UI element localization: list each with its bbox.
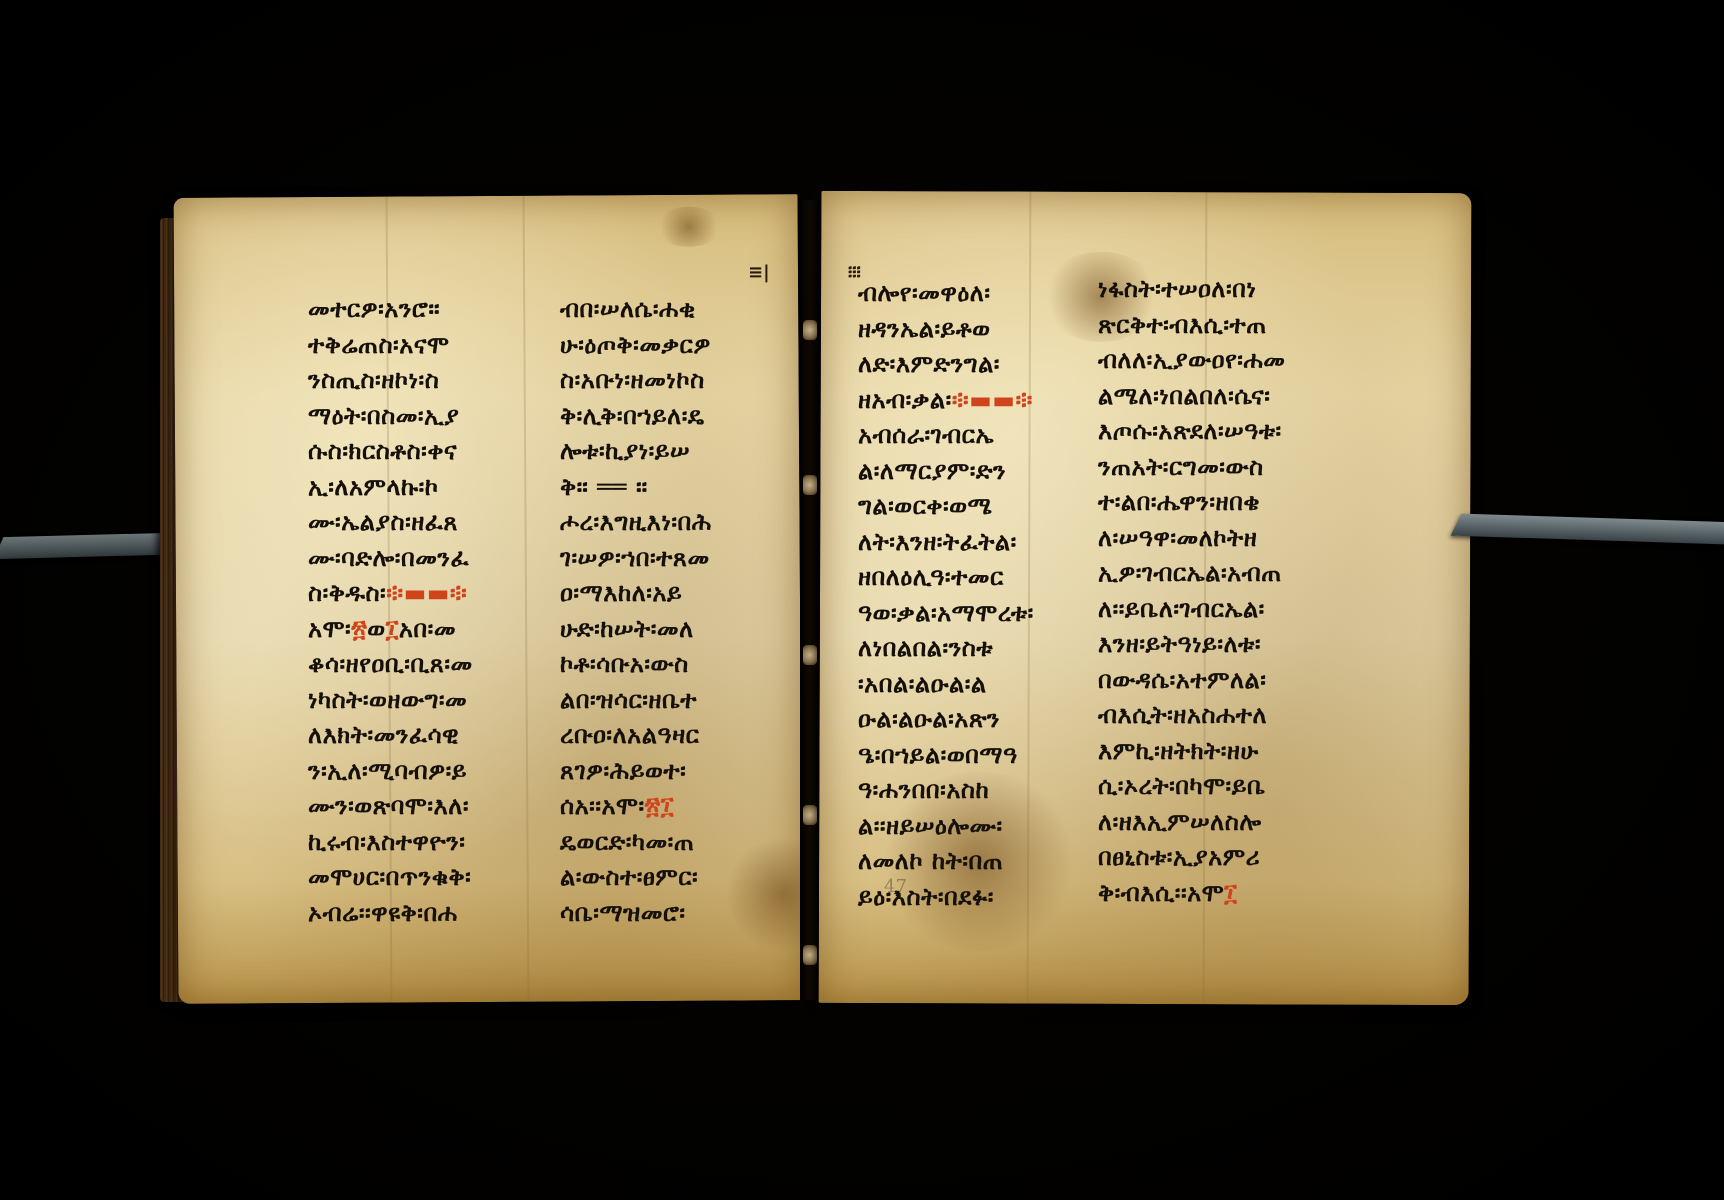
text-line-with-rubric: ሰአ፡፡አሞ፡፳፲ bbox=[560, 789, 712, 825]
text-line: ለእክት፡መንፈሳዊ bbox=[308, 718, 473, 754]
text-line: አብሰራ፡ገብርኤ bbox=[858, 418, 1034, 454]
rubric-numeral: ፲ bbox=[386, 615, 399, 643]
text-line: ሖረ፡እግዚእነ፡በሕ bbox=[560, 505, 712, 541]
text-line: ሁ፡ዕጦቅ፡መቃርዎ bbox=[560, 328, 712, 364]
text-line: በውዳሴ፡አተምለል፡ bbox=[1098, 663, 1285, 699]
right-page-column-2: ነፋስት፡ተሠዐለ፡በነ ጽርቅተ፡ብእሲ፡ተጠ ብለለ፡ኢያውዐየ፡ሐመ ልሜ… bbox=[1098, 272, 1285, 911]
text-line-with-divider: ዘአብ፡ቃል፡፨▬▬፨ bbox=[858, 383, 1034, 419]
text-line: ሙ፡ኤልያስ፡ዘፈጸ bbox=[308, 505, 473, 541]
text-line: ል፡ውስተ፡ፀምር፡ bbox=[560, 860, 712, 896]
text-line: በፀኒስቱ፡ኢያአምሪ bbox=[1098, 840, 1285, 876]
text-line: ኢ፡ለአምላኩ፡ኮ bbox=[308, 470, 473, 506]
text-line: ዐ፡ማእከለ፡አይ bbox=[560, 576, 712, 612]
text-line-with-divider: ቅ። ══ ። bbox=[560, 470, 712, 506]
text-line: ረቡዐ፡ለአልዓዛር bbox=[560, 718, 712, 754]
text-line: ዓወ፡ቃል፡አማሞረቱ፡ bbox=[858, 596, 1034, 632]
text-line: ሳቤ፡ማዝመሮ፡ bbox=[560, 896, 712, 932]
text-line: ል፡ለማርያም፡ድን bbox=[858, 454, 1034, 490]
text-line: ልሜለ፡ነበልበለ፡ሴና፡ bbox=[1098, 379, 1285, 415]
faint-folio-mark: 47 bbox=[884, 876, 907, 897]
water-stain bbox=[654, 207, 724, 247]
text-line: ቆሳ፡ዘየዐቢ፡ቢጸ፡መ bbox=[308, 647, 473, 683]
text-line: ልበ፡ዝሳር፡ዘቤተ bbox=[560, 683, 712, 719]
text-line: ዘዳንኤል፡ይቶወ bbox=[858, 312, 1034, 348]
text-line: ብሎየ፡መዋዕለ፡ bbox=[858, 276, 1034, 312]
text-line: ብእሲት፡ዘአስሐተለ bbox=[1098, 698, 1285, 734]
text-line: ኢዎ፡ገብርኤል፡አብጠ bbox=[1098, 556, 1285, 592]
text-line: ለመለኮ ከት፡በጠ bbox=[858, 844, 1034, 880]
text-line: ሲ፡ኦረት፡በካሞ፡ይቤ bbox=[1098, 769, 1285, 805]
binding-stitch bbox=[803, 475, 817, 495]
text-line: ነፋስት፡ተሠዐለ፡በነ bbox=[1098, 272, 1285, 308]
text-line: መሞሀር፡በጥንቁቅ፡ bbox=[308, 860, 473, 896]
text-line: ሎቱ፡ኪያነ፡ይሠ bbox=[560, 434, 712, 470]
text-line: ኪሩብ፡እስተዋዮን፡ bbox=[308, 825, 473, 861]
text-line: ለት፡እንዘ፡ትፈትል፡ bbox=[858, 525, 1034, 561]
text-line: መተርዎ፡አንሮ። bbox=[308, 292, 473, 328]
text-line: ማዕት፡በስመ፡ኢያ bbox=[308, 399, 473, 435]
text-line: እጦሱ፡አጽደለ፡ሠዓቱ፡ bbox=[1098, 414, 1285, 450]
text-line: ብበ፡ሠለሴ፡ሐቂ bbox=[560, 292, 712, 328]
text-line: ቅ፡ሊቅ፡በኀይለ፡ዴ bbox=[560, 399, 712, 435]
text-line: ነካስት፡ወዘውግ፡መ bbox=[308, 683, 473, 719]
text-line-with-rubric: ቅ፡ብእሲ፡፡አሞ፲ bbox=[1098, 876, 1285, 912]
text-line: ዔ፡በኀይል፡ወበማዓ bbox=[858, 738, 1034, 774]
text-line: ል፡፡ዘይሠዕሎሙ፡ bbox=[858, 809, 1034, 845]
text-line: ስ፡አቡነ፡ዘመነኮስ bbox=[560, 363, 712, 399]
text-line: ንስጢስ፡ዘኮነ፡ስ bbox=[308, 363, 473, 399]
rubric-numeral: ፲ bbox=[1224, 879, 1237, 907]
rubric-numeral: ፳ bbox=[645, 792, 661, 820]
binding-stitch bbox=[803, 320, 817, 340]
text-line: ለ፡፡ይቤለ፡ገብርኤል፡ bbox=[1098, 592, 1285, 628]
binding-stitch bbox=[803, 645, 817, 665]
text-line: ንጠአት፡ርግመ፡ውስ bbox=[1098, 450, 1285, 486]
rubric-divider: ፨▬▬፨ bbox=[386, 579, 467, 607]
section-divider: ══ bbox=[597, 473, 627, 501]
text-line: ሁድ፡ከሠት፡መለ bbox=[560, 612, 712, 648]
text-line: ለድ፡እምድንግል፡ bbox=[858, 347, 1034, 383]
binding-stitch bbox=[803, 945, 817, 965]
right-page-column-1: ብሎየ፡መዋዕለ፡ ዘዳንኤል፡ይቶወ ለድ፡እምድንግል፡ ዘአብ፡ቃል፡፨▬… bbox=[858, 276, 1034, 915]
text-line: ኮቶ፡ሳቡአ፡ውስ bbox=[560, 647, 712, 683]
text-line: ለ፡ሠዓዋ፡መለኮትዘ bbox=[1098, 521, 1285, 557]
text-line: ን፡ኢለ፡ሚባብዎ፡ይ bbox=[308, 754, 473, 790]
text-line: ዘበለዕሊዓ፡ተመር bbox=[858, 560, 1034, 596]
text-line-with-rubric: አሞ፡፳ወ፲አበ፡መ bbox=[308, 612, 473, 648]
text-line: ሙን፡ወጽባሞ፡እለ፡ bbox=[308, 789, 473, 825]
left-page-column-1: መተርዎ፡አንሮ። ተቅሬጠስ፡አናሞ ንስጢስ፡ዘኮነ፡ስ ማዕት፡በስመ፡ኢ… bbox=[308, 292, 473, 931]
rubric-numeral: ፲ bbox=[661, 792, 674, 820]
text-line: ለነበልበል፡ንስቱ bbox=[858, 631, 1034, 667]
text-line: ብለለ፡ኢያውዐየ፡ሐመ bbox=[1098, 343, 1285, 379]
text-line: ተ፡ልበ፡ሔዋን፡ዘበቄ bbox=[1098, 485, 1285, 521]
text-line: ፡አበል፡ልዑል፡ል bbox=[858, 667, 1034, 703]
text-line: ተቅሬጠስ፡አናሞ bbox=[308, 328, 473, 364]
text-line: እንዘ፡ይትዓነይ፡ለቱ፡ bbox=[1098, 627, 1285, 663]
text-line: ለ፡ዘእኢምሠለስሎ bbox=[1098, 805, 1285, 841]
text-line-with-divider: ስ፡ቅዱስ፡፨▬▬፨ bbox=[308, 576, 473, 612]
margin-marks: ≡| bbox=[748, 262, 770, 283]
text-line: ግል፡ወርቀ፡ወሜ bbox=[858, 489, 1034, 525]
rubric-numeral: ፳ bbox=[351, 615, 367, 643]
text-line: ዑል፡ልዑል፡አጽን bbox=[858, 702, 1034, 738]
binding-stitch bbox=[803, 805, 817, 825]
page-fold-line bbox=[523, 196, 530, 1002]
text-line: ሙ፡ባድሎ፡በመንፈ bbox=[308, 541, 473, 577]
text-line: ሱስ፡ክርስቶስ፡ቀና bbox=[308, 434, 473, 470]
text-line: እምኪ፡ዘትክት፡ዘሁ bbox=[1098, 734, 1285, 770]
text-line: ዓ፡ሐንበበ፡አስከ bbox=[858, 773, 1034, 809]
text-line: ገ፡ሠዎ፡ኀበ፡ተጸመ bbox=[560, 541, 712, 577]
text-line: ኦብሬ፡፡ዋዩቅ፡በሐ bbox=[308, 896, 473, 932]
text-line: ጸገዎ፡ሕይወተ፡ bbox=[560, 754, 712, 790]
text-line: ጽርቅተ፡ብእሲ፡ተጠ bbox=[1098, 308, 1285, 344]
text-line: ዴወርድ፡ካመ፡ጠ bbox=[560, 825, 712, 861]
rubric-divider: ፨▬▬፨ bbox=[952, 386, 1033, 414]
left-page-column-2: ብበ፡ሠለሴ፡ሐቂ ሁ፡ዕጦቅ፡መቃርዎ ስ፡አቡነ፡ዘመነኮስ ቅ፡ሊቅ፡በኀ… bbox=[560, 292, 712, 931]
